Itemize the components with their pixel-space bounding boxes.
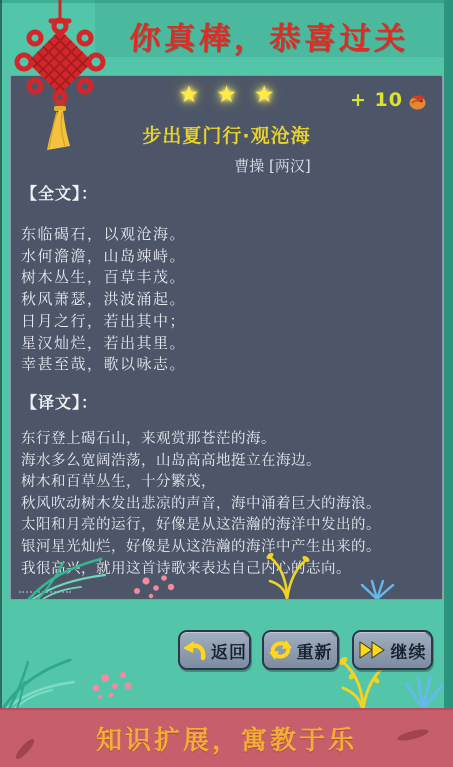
right-edge-strip [444, 0, 453, 708]
continue-button[interactable]: 继续 [352, 630, 433, 670]
result-card: ★ ★ ★ + 10 步出夏门行·观沧海 曹操 [两汉] 【全文】： 东临碣石，… [10, 75, 443, 600]
retry-button-label: 重新 [297, 638, 333, 663]
blue-spark-decoration [398, 672, 448, 708]
retry-button[interactable]: 重新 [262, 630, 339, 670]
reward-amount: + 10 [350, 89, 403, 111]
undo-arrow-icon [182, 640, 206, 661]
dashed-line-decoration [19, 591, 71, 593]
chinese-knot-icon [10, 0, 110, 152]
translation-text: 东行登上碣石山，来观赏那苍茫的海。 海水多么宽阔浩荡，山岛高高地挺立在海边。 树… [21, 429, 436, 580]
left-edge-line [0, 0, 2, 708]
full-text-label: 【全文】： [21, 181, 98, 204]
star-icon: ★ [216, 82, 237, 108]
leaf-icon [395, 726, 431, 744]
translation-label: 【译文】： [21, 390, 98, 413]
star-icon: ★ [254, 82, 275, 108]
footer-slogan: 知识扩展，寓教于乐 [96, 720, 357, 757]
game-screen: { "header": { "banner_title": "你真棒，恭喜过关"… [0, 0, 453, 767]
palm-leaf-decoration [0, 638, 78, 712]
footer-bar: 知识扩展，寓教于乐 [0, 708, 453, 767]
pink-dots-decoration [88, 666, 134, 700]
refresh-icon [269, 639, 292, 661]
leaf-icon [10, 736, 40, 762]
back-button[interactable]: 返回 [178, 630, 251, 670]
fast-forward-icon [359, 641, 386, 659]
blue-spark-decoration [356, 579, 398, 599]
poem-author: 曹操 [两汉] [57, 155, 453, 176]
congrats-banner-text: 你真棒，恭喜过关 [99, 13, 440, 58]
poem-text: 东临碣石，以观沧海。 水何澹澹，山岛竦峙。 树木丛生，百草丰茂。 秋风萧瑟，洪波… [21, 224, 436, 376]
back-button-label: 返回 [211, 638, 247, 663]
star-icon: ★ [179, 82, 200, 108]
continue-button-label: 继续 [391, 638, 427, 663]
reward-counter: + 10 [350, 89, 428, 111]
rooster-coin-icon [407, 90, 428, 111]
